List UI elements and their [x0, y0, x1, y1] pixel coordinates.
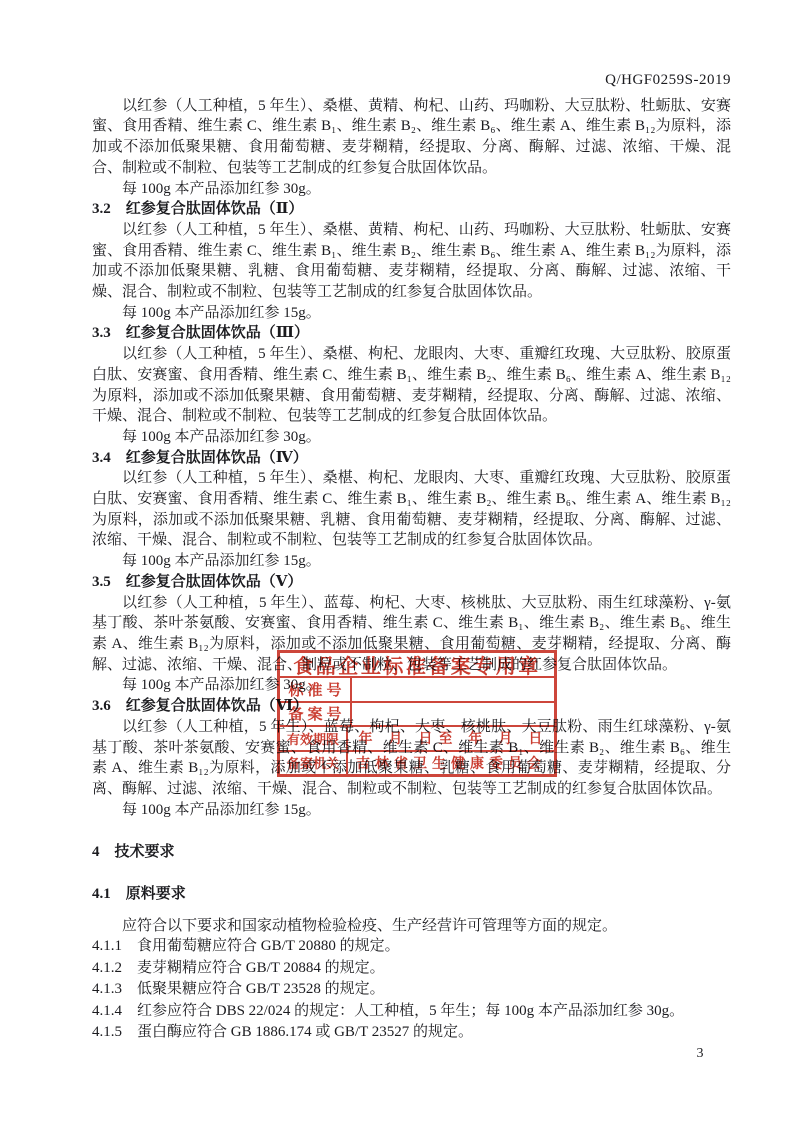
clause-4-1-1: 4.1.1 食用葡萄糖应符合 GB/T 20880 的规定。: [92, 936, 731, 958]
stamp-value-validity: 年 月 日 至 年 月 日: [348, 727, 554, 750]
stamp-row-validity: 有效期限 年 月 日 至 年 月 日: [280, 725, 554, 750]
paragraph-3-2-body: 以红参（人工种植，5 年生）、桑椹、黄精、枸杞、山药、玛咖粉、大豆肽粉、牡蛎肽、…: [92, 220, 731, 303]
document-page: Q/HGF0259S-2019 以红参（人工种植，5 年生）、桑椹、黄精、枸杞、…: [0, 0, 793, 1122]
section-heading-3-3: 3.3 红参复合肽固体饮品（Ⅲ）: [92, 323, 731, 344]
clause-4-1-3: 4.1.3 低聚果糖应符合 GB/T 23528 的规定。: [92, 979, 731, 1001]
paragraph-3-1-dose: 每 100g 本产品添加红参 30g。: [92, 179, 731, 200]
paragraph-3-3-body: 以红参（人工种植，5 年生）、桑椹、枸杞、龙眼肉、大枣、重瓣红玫瑰、大豆肽粉、胶…: [92, 344, 731, 427]
clause-4-1-2: 4.1.2 麦芽糊精应符合 GB/T 20884 的规定。: [92, 958, 731, 980]
document-content: Q/HGF0259S-2019 以红参（人工种植，5 年生）、桑椹、黄精、枸杞、…: [92, 70, 731, 1044]
section-heading-3-4: 3.4 红参复合肽固体饮品（Ⅳ）: [92, 448, 731, 469]
paragraph-4-1-intro: 应符合以下要求和国家动植物检验检疫、生产经营许可管理等方面的规定。: [92, 916, 731, 937]
stamp-row-filing-no: 备案号: [280, 701, 554, 726]
section-heading-4-1: 4.1 原料要求: [92, 884, 731, 905]
paragraph-3-6-dose: 每 100g 本产品添加红参 15g。: [92, 800, 731, 821]
stamp-label-standard-no: 标准号: [280, 678, 352, 701]
paragraph-3-4-dose: 每 100g 本产品添加红参 15g。: [92, 551, 731, 572]
section-heading-4: 4 技术要求: [92, 842, 731, 863]
filing-stamp: 食品企业标准备案专用章 标准号 备案号 有效期限 年 月 日 至 年 月 日 备…: [277, 650, 557, 777]
paragraph-3-3-dose: 每 100g 本产品添加红参 30g。: [92, 427, 731, 448]
paragraph-3-4-body: 以红参（人工种植，5 年生）、桑椹、枸杞、龙眼肉、大枣、重瓣红玫瑰、大豆肽粉、胶…: [92, 468, 731, 551]
stamp-value-standard-no: [352, 678, 554, 701]
clause-4-1-4: 4.1.4 红参应符合 DBS 22/024 的规定：人工种植，5 年生；每 1…: [92, 1001, 731, 1023]
section-heading-3-5: 3.5 红参复合肽固体饮品（Ⅴ）: [92, 572, 731, 593]
stamp-row-authority: 备案机关 吉林省卫生健康委员会: [280, 750, 554, 775]
stamp-value-authority: 吉林省卫生健康委员会: [348, 752, 554, 775]
clause-4-1-5: 4.1.5 蛋白酶应符合 GB 1886.174 或 GB/T 23527 的规…: [92, 1022, 731, 1044]
standard-code: Q/HGF0259S-2019: [92, 70, 731, 91]
stamp-label-validity: 有效期限: [280, 727, 348, 750]
stamp-label-authority: 备案机关: [280, 752, 348, 775]
paragraph-3-1-body: 以红参（人工种植，5 年生）、桑椹、黄精、枸杞、山药、玛咖粉、大豆肽粉、牡蛎肽、…: [92, 96, 731, 179]
stamp-label-filing-no: 备案号: [280, 703, 352, 726]
section-heading-3-2: 3.2 红参复合肽固体饮品（Ⅱ）: [92, 199, 731, 220]
stamp-row-standard-no: 标准号: [280, 676, 554, 701]
stamp-value-filing-no: [352, 703, 554, 726]
paragraph-3-2-dose: 每 100g 本产品添加红参 15g。: [92, 303, 731, 324]
filing-stamp-title: 食品企业标准备案专用章: [280, 653, 554, 676]
page-number: 3: [688, 1046, 712, 1062]
